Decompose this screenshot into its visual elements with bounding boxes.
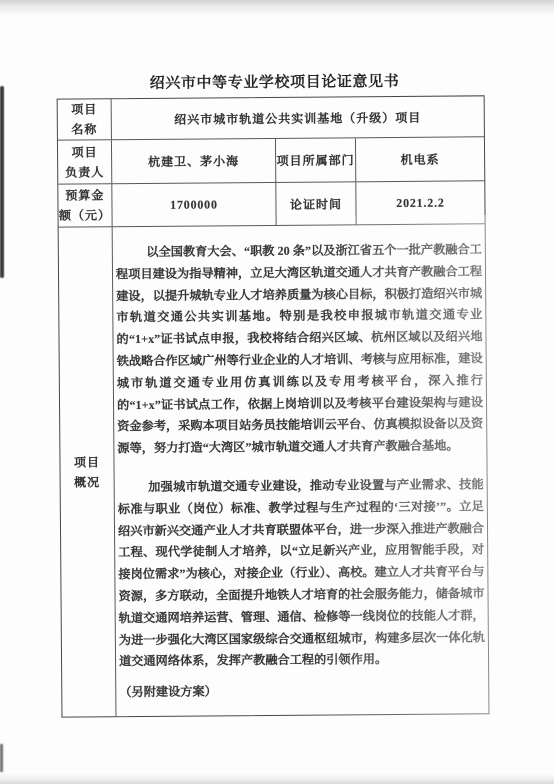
scanned-document-page: 绍兴市中等专业学校项目论证意见书 项目 名称 绍兴市城市轨道公共实训基地（升级）…	[0, 0, 554, 784]
overview-paragraph-2: 加强城市轨道交通专业建设，推动专业设置与产业需求、技能标准与职业（岗位）标准、教…	[118, 474, 486, 673]
overview-note: （另附建设方案）	[119, 679, 485, 704]
project-review-table: 项目 名称 绍兴市城市轨道公共实训基地（升级）项目 项目 负责人 杭建卫、茅小海…	[57, 95, 490, 717]
review-time-label: 论证时间	[276, 182, 356, 225]
table-row-overview: 项目 概况 以全国教育大会、“职教 20 条”以及浙江省五个一批产教融合工程项目…	[59, 224, 489, 716]
table-row-project-name: 项目 名称 绍兴市城市轨道公共实训基地（升级）项目	[58, 96, 484, 140]
overview-label: 项目 概况	[59, 227, 117, 716]
budget-label: 预算金 额（元）	[58, 184, 112, 226]
paper: 绍兴市中等专业学校项目论证意见书 项目 名称 绍兴市城市轨道公共实训基地（升级）…	[0, 0, 554, 784]
leader-label: 项目 负责人	[58, 140, 112, 183]
project-name-label: 项目 名称	[58, 99, 112, 139]
review-time-value: 2021.2.2	[356, 181, 484, 224]
table-row-budget: 预算金 额（元） 1700000 论证时间 2021.2.2	[58, 181, 484, 227]
overview-content: 以全国教育大会、“职教 20 条”以及浙江省五个一批产教融合工程项目建设为指导精…	[113, 224, 489, 716]
overview-paragraph-1: 以全国教育大会、“职教 20 条”以及浙江省五个一批产教融合工程项目建设为指导精…	[116, 239, 484, 460]
project-name-value: 绍兴市城市轨道公共实训基地（升级）项目	[112, 96, 484, 139]
table-row-leader: 项目 负责人 杭建卫、茅小海 项目所属部门 机电系	[58, 137, 484, 184]
department-value: 机电系	[356, 137, 484, 181]
leader-value: 杭建卫、茅小海	[112, 139, 276, 183]
document-title: 绍兴市中等专业学校项目论证意见书	[0, 69, 552, 94]
department-label: 项目所属部门	[276, 138, 356, 182]
budget-value: 1700000	[112, 183, 276, 226]
